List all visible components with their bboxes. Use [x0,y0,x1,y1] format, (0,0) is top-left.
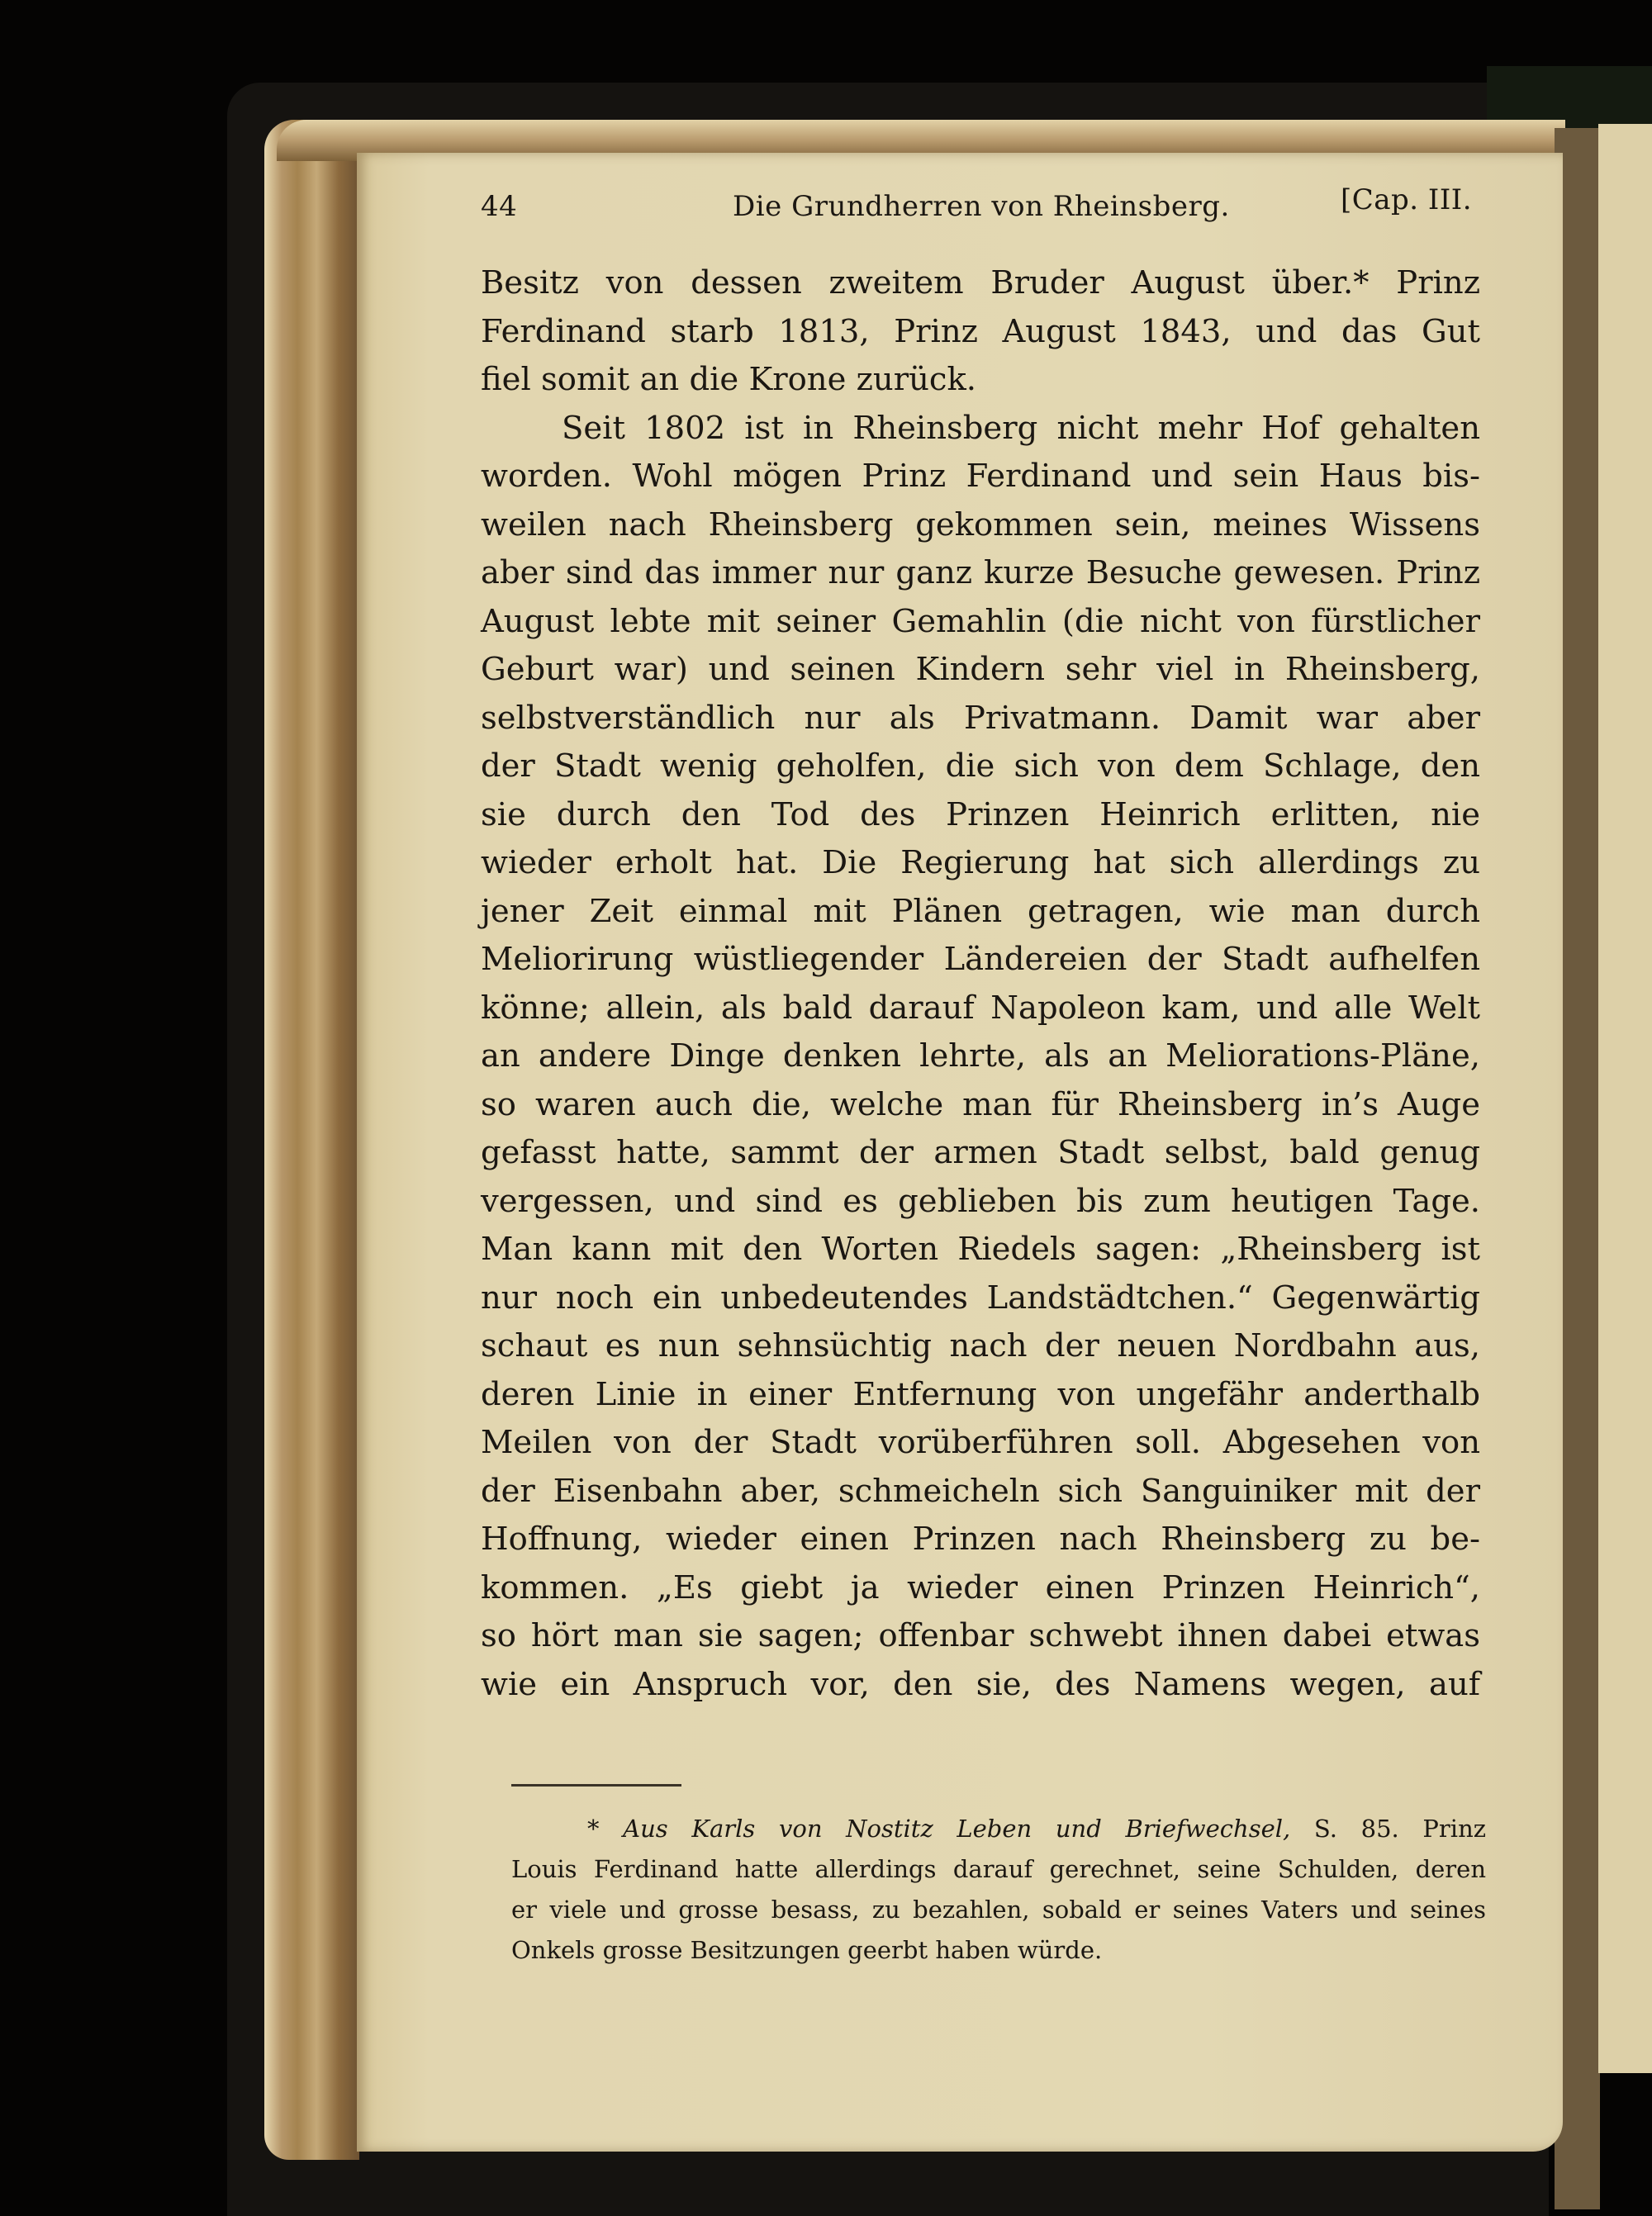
footnote: * Aus Karls von Nostitz Leben und Briefw… [511,1809,1486,1971]
text-line: könne; allein, als bald darauf Napoleon … [481,985,1480,1033]
text-line: sie durch den Tod des Prinzen Heinrich e… [481,791,1480,840]
text-line: aber sind das immer nur ganz kurze Besuc… [481,549,1480,598]
text-line: August lebte mit seiner Gemahlin (die ni… [481,598,1480,647]
text-line: worden. Wohl mögen Prinz Ferdinand und s… [481,453,1480,501]
footnote-divider [511,1784,681,1787]
footnote-citation: Aus Karls von Nostitz Leben und Briefwec… [623,1815,1290,1843]
footnote-text: S. 85. Prinz [1314,1815,1486,1843]
text-line: weilen nach Rheinsberg gekommen sein, me… [481,501,1480,550]
footnote-line: Louis Ferdinand hatte allerdings darauf … [511,1849,1486,1890]
text-line: Hoffnung, wieder einen Prinzen nach Rhei… [481,1516,1480,1564]
running-header: 44 Die Grundherren von Rheinsberg. [Cap.… [481,183,1480,225]
footnote-line: er viele und grosse besass, zu bezahlen,… [511,1890,1486,1930]
text-line: Meilen von der Stadt vorüberführen soll.… [481,1419,1480,1468]
text-line: an andere Dinge denken lehrte, als an Me… [481,1032,1480,1081]
text-line: gefasst hatte, sammt der armen Stadt sel… [481,1129,1480,1178]
text-line: deren Linie in einer Entfernung von unge… [481,1371,1480,1420]
text-line: Man kann mit den Worten Riedels sagen: „… [481,1226,1480,1274]
chapter-label: [Cap. III. [1341,183,1472,216]
page-number: 44 [481,190,517,223]
text-line: vergessen, und sind es geblieben bis zum… [481,1178,1480,1227]
text-line: kommen. „Es giebt ja wieder einen Prinze… [481,1564,1480,1613]
text-line: wieder erholt hat. Die Regierung hat sic… [481,839,1480,888]
text-line: so hört man sie sagen; offenbar schwebt … [481,1612,1480,1661]
text-line: Besitz von dessen zweitem Bruder August … [481,259,1480,308]
text-line: nur noch ein unbedeutendes Landstädtchen… [481,1274,1480,1323]
facing-page-edge [1598,124,1652,2073]
page-edge-stack [264,120,359,2160]
footnote-line: Onkels grosse Besitzungen geerbt haben w… [511,1930,1486,1971]
running-title: Die Grundherren von Rheinsberg. [733,190,1230,223]
footnote-marker: * [587,1815,600,1843]
text-line: schaut es nun sehnsüchtig nach der neuen… [481,1322,1480,1371]
text-line: so waren auch die, welche man für Rheins… [481,1081,1480,1130]
text-line: wie ein Anspruch vor, den sie, des Namen… [481,1661,1480,1710]
text-line: Ferdinand starb 1813, Prinz August 1843,… [481,308,1480,357]
text-line: fiel somit an die Krone zurück. [481,356,1480,405]
text-line: der Eisenbahn aber, schmeicheln sich San… [481,1468,1480,1516]
text-line: Geburt war) und seinen Kindern sehr viel… [481,646,1480,695]
footnote-line: * Aus Karls von Nostitz Leben und Briefw… [511,1809,1486,1849]
body-paragraphs: Besitz von dessen zweitem Bruder August … [481,259,1480,1709]
text-line: Meliorirung wüstliegender Ländereien der… [481,936,1480,985]
text-line: Seit 1802 ist in Rheinsberg nicht mehr H… [481,405,1480,453]
text-line: jener Zeit einmal mit Plänen getragen, w… [481,888,1480,937]
text-line: der Stadt wenig geholfen, die sich von d… [481,743,1480,791]
text-line: selbstverständlich nur als Privatmann. D… [481,695,1480,743]
